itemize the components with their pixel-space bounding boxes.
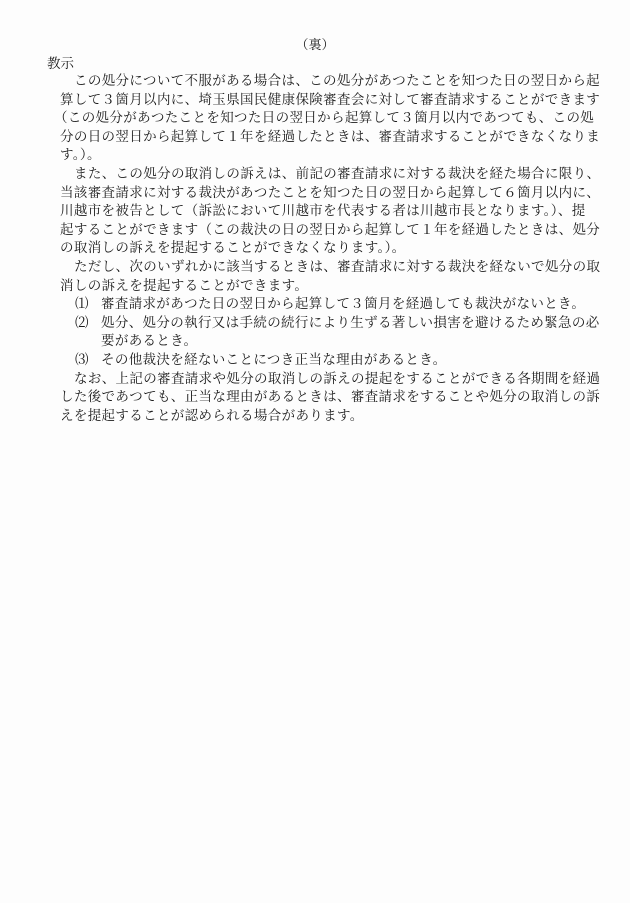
text-line: ただし、次のいずれかに該当するときは、審査請求に対する裁決を経ないで処分の取 bbox=[60, 258, 582, 277]
text-line: 起することができます（この裁決の日の翌日から起算して１年を経過したときは、処分 bbox=[60, 221, 582, 240]
text-line: 当該審査請求に対する裁決があつたことを知つた日の翌日から起算して６箇月以内に、 bbox=[60, 184, 582, 203]
text-line: す。）。 bbox=[60, 146, 582, 165]
text-line: （この処分があつたことを知つた日の翌日から起算して３箇月以内であつても、この処 bbox=[54, 109, 582, 128]
exception-list: ⑴審査請求があつた日の翌日から起算して３箇月を経過しても裁決がないとき。 ⑵処分… bbox=[60, 295, 582, 369]
text-line: 分の日の翌日から起算して１年を経過したときは、審査請求することができなくなりま bbox=[60, 128, 582, 147]
text-line: また、この処分の取消しの訴えは、前記の審査請求に対する裁決を経た場合に限り、 bbox=[60, 165, 582, 184]
paragraph-closing: なお、上記の審査請求や処分の取消しの訴えの提起をすることができる各期間を経過 し… bbox=[60, 370, 582, 426]
list-item: ⑵処分、処分の執行又は手続の続行により生ずる著しい損害を避けるため緊急の必 bbox=[60, 314, 582, 333]
paragraph-lawsuit: また、この処分の取消しの訴えは、前記の審査請求に対する裁決を経た場合に限り、 当… bbox=[60, 165, 582, 258]
list-item: ⑶その他裁決を経ないことにつき正当な理由があるとき。 bbox=[60, 351, 582, 370]
document-page: （裏） 教示 この処分について不服がある場合は、この処分があつたことを知つた日の… bbox=[0, 0, 630, 903]
paragraph-exceptions: ただし、次のいずれかに該当するときは、審査請求に対する裁決を経ないで処分の取 消… bbox=[60, 258, 582, 295]
list-item: ⑴審査請求があつた日の翌日から起算して３箇月を経過しても裁決がないとき。 bbox=[60, 295, 582, 314]
text-line: した後であつても、正当な理由があるときは、審査請求をすることや処分の取消しの訴 bbox=[60, 388, 582, 407]
list-item-text: 審査請求があつた日の翌日から起算して３箇月を経過しても裁決がないとき。 bbox=[101, 296, 585, 312]
list-item-text: 処分、処分の執行又は手続の続行により生ずる著しい損害を避けるため緊急の必 bbox=[101, 315, 600, 331]
text-line: の取消しの訴えを提起することができなくなります。）。 bbox=[60, 239, 582, 258]
list-item-number: ⑶ bbox=[75, 351, 101, 370]
text-line: なお、上記の審査請求や処分の取消しの訴えの提起をすることができる各期間を経過 bbox=[60, 370, 582, 389]
paragraph-appeal: この処分について不服がある場合は、この処分があつたことを知つた日の翌日から起 算… bbox=[60, 72, 582, 165]
list-item-number: ⑵ bbox=[75, 314, 101, 333]
text-line: 算して３箇月以内に、埼玉県国民健康保険審査会に対して審査請求することができます bbox=[60, 91, 582, 110]
text-line: 川越市を被告として（訴訟において川越市を代表する者は川越市長となります。）、提 bbox=[60, 202, 582, 221]
section-label: 教示 bbox=[47, 55, 74, 73]
list-item-number: ⑴ bbox=[75, 295, 101, 314]
text-line: えを提起することが認められる場合があります。 bbox=[60, 407, 582, 426]
document-body: この処分について不服がある場合は、この処分があつたことを知つた日の翌日から起 算… bbox=[60, 72, 582, 425]
list-item-text: その他裁決を経ないことにつき正当な理由があるとき。 bbox=[101, 352, 446, 368]
page-side-heading: （裏） bbox=[0, 37, 630, 55]
text-line: 消しの訴えを提起することができます。 bbox=[60, 277, 582, 296]
list-item-continuation: 要があるとき。 bbox=[60, 332, 582, 351]
text-line: この処分について不服がある場合は、この処分があつたことを知つた日の翌日から起 bbox=[60, 72, 582, 91]
